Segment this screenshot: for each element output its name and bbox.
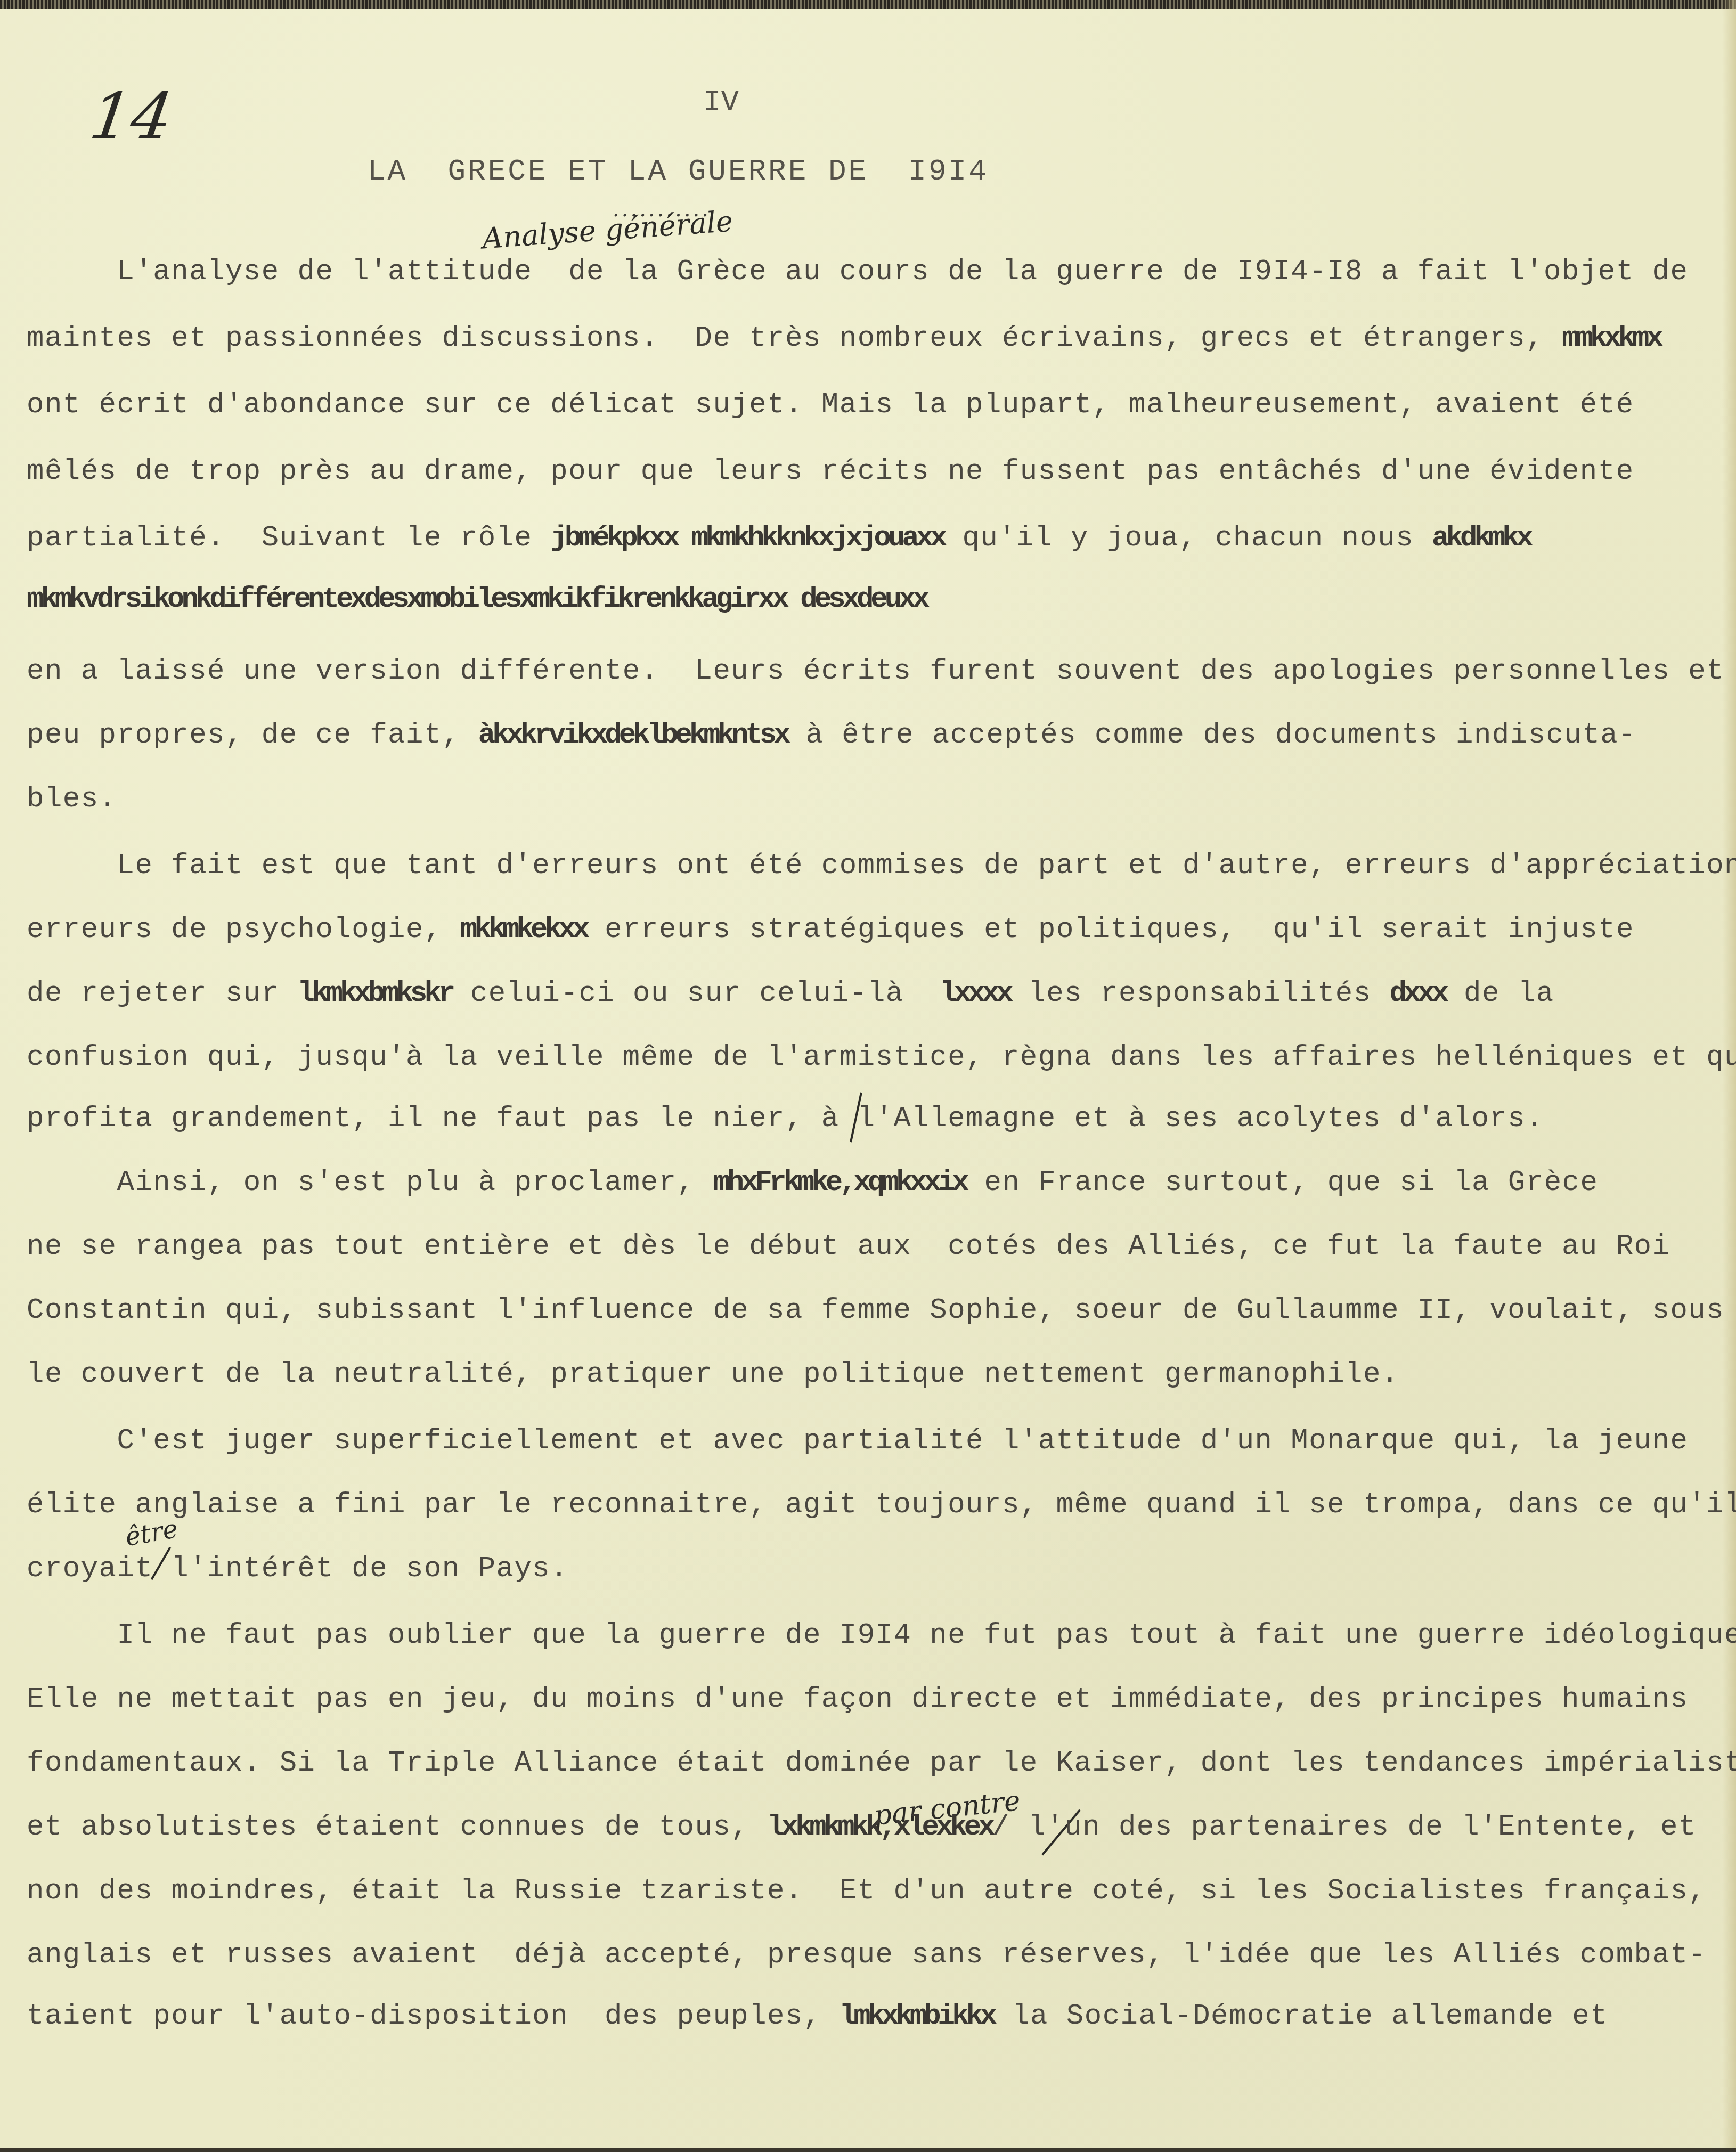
text-line: L'analyse de l'attitude de la Grèce au c… <box>27 256 1688 288</box>
text-line: anglais et russes avaient déjà accepté, … <box>27 1939 1706 1971</box>
text-line: erreurs de psychologie, mkkmkekxx erreur… <box>27 914 1634 946</box>
typed-text: profita grandement, il ne faut pas le ni… <box>27 1103 1544 1135</box>
chapter-heading: LA GRECE ET LA GUERRE DE I9I4 <box>368 154 989 189</box>
typed-text: Il ne faut pas oublier que la guerre de … <box>27 1619 1736 1652</box>
text-line: peu propres, de ce fait, àkxkrvikxdeklbe… <box>27 719 1636 752</box>
text-line: de rejeter sur lkmkxbmkskr celui-ci ou s… <box>27 977 1554 1010</box>
struck-out-text: dxxx <box>1390 977 1446 1010</box>
struck-out-text: lmkxkmbikkx <box>840 2000 994 2033</box>
typed-text: Elle ne mettait pas en jeu, du moins d'u… <box>27 1683 1688 1716</box>
typed-text: le couvert de la neutralité, pratiquer u… <box>27 1358 1399 1391</box>
text-line: Ainsi, on s'est plu à proclamer, mhxFrkm… <box>27 1167 1598 1199</box>
text-line: élite anglaise a fini par le reconnaitre… <box>27 1489 1736 1521</box>
text-line: Constantin qui, subissant l'influence de… <box>27 1294 1724 1327</box>
struck-out-text: mmkxkmx <box>1562 322 1660 355</box>
text-line: mkmkvdrsikonkdifférentexdesxmobilesxmkik… <box>27 583 927 616</box>
typed-text: bles. <box>27 783 117 816</box>
typed-text: L'analyse de l'attitude de la Grèce au c… <box>27 256 1688 288</box>
text-line: croyait l'intérêt de son Pays. <box>27 1553 568 1585</box>
scan-bottom-edge <box>0 2148 1736 2152</box>
handwritten-annotation-analyse-generale: Analyse générale <box>481 205 733 256</box>
typed-text: Ainsi, on s'est plu à proclamer, <box>27 1167 713 1199</box>
typed-text: mêlés de trop près au drame, pour que le… <box>27 455 1634 488</box>
text-line: taient pour l'auto-disposition des peupl… <box>27 2000 1608 2033</box>
struck-out-text: mkmkvdrsikonkdifférentexdesxmobilesxmkik… <box>27 583 927 616</box>
typed-text: en France surtout, que si la Grèce <box>966 1167 1599 1199</box>
typed-text: de rejeter sur <box>27 977 298 1010</box>
typed-text: qu'il y joua, chacun nous <box>944 522 1432 555</box>
typed-text: peu propres, de ce fait, <box>27 719 478 752</box>
typed-text: fondamentaux. Si la Triple Alliance étai… <box>27 1747 1736 1780</box>
typed-text: partialité. Suivant le rôle <box>27 522 550 555</box>
typed-text: confusion qui, jusqu'à la veille même de… <box>27 1041 1736 1074</box>
typed-text: Constantin qui, subissant l'influence de… <box>27 1294 1724 1327</box>
typed-text: maintes et passionnées discussions. De t… <box>27 322 1562 355</box>
text-line: non des moindres, était la Russie tzaris… <box>27 1875 1706 1908</box>
struck-out-text: lkmkxbmkskr <box>298 977 452 1010</box>
typed-text: / l'un des partenaires de l'Entente, et <box>992 1811 1697 1844</box>
chapter-number: IV <box>703 85 739 119</box>
text-line: partialité. Suivant le rôle jbmékpkxx mk… <box>27 522 1530 555</box>
text-line: ne se rangea pas tout entière et dès le … <box>27 1230 1670 1263</box>
text-line: ont écrit d'abondance sur ce délicat suj… <box>27 389 1634 421</box>
typed-text: erreurs stratégiques et politiques, qu'i… <box>586 914 1634 946</box>
struck-out-text: àkxkrvikxdeklbekmkntsx <box>478 719 788 752</box>
typed-text: de la <box>1446 977 1554 1010</box>
typed-text: croyait l'intérêt de son Pays. <box>27 1553 568 1585</box>
typed-text: ne se rangea pas tout entière et dès le … <box>27 1230 1670 1263</box>
typed-text: les responsabilités <box>1010 977 1390 1010</box>
handwritten-page-number: 14 <box>85 80 177 154</box>
struck-out-text: jbmékpkxx mkmkhkknkxjxjouaxx <box>550 522 944 555</box>
typed-text: non des moindres, était la Russie tzaris… <box>27 1875 1706 1908</box>
text-line: Le fait est que tant d'erreurs ont été c… <box>27 850 1736 882</box>
text-line: et absolutistes étaient connues de tous,… <box>27 1811 1697 1844</box>
text-line: en a laissé une version différente. Leur… <box>27 655 1724 688</box>
struck-out-text: lxxxx <box>940 977 1010 1010</box>
text-line: maintes et passionnées discussions. De t… <box>27 322 1660 355</box>
typed-text: à être acceptés comme des documents indi… <box>788 719 1637 752</box>
text-line: confusion qui, jusqu'à la veille même de… <box>27 1041 1736 1074</box>
text-line: Elle ne mettait pas en jeu, du moins d'u… <box>27 1683 1688 1716</box>
typed-text: C'est juger superficiellement et avec pa… <box>27 1425 1688 1457</box>
typed-text: et absolutistes étaient connues de tous, <box>27 1811 767 1844</box>
struck-out-text: mkkmkekxx <box>460 914 587 946</box>
typed-text: Le fait est que tant d'erreurs ont été c… <box>27 850 1736 882</box>
scan-top-edge <box>0 0 1736 9</box>
typed-text: anglais et russes avaient déjà accepté, … <box>27 1939 1706 1971</box>
typed-text: en a laissé une version différente. Leur… <box>27 655 1724 688</box>
typed-text: élite anglaise a fini par le reconnaitre… <box>27 1489 1736 1521</box>
text-line: Il ne faut pas oublier que la guerre de … <box>27 1619 1736 1652</box>
document-page: 14 IV LA GRECE ET LA GUERRE DE I9I4 ....… <box>0 0 1736 2152</box>
struck-out-text: akdkmkx <box>1432 522 1530 555</box>
struck-out-text: mhxFrkmke,xqmkxxix <box>713 1167 966 1199</box>
typed-text: taient pour l'auto-disposition des peupl… <box>27 2000 840 2033</box>
text-line: mêlés de trop près au drame, pour que le… <box>27 455 1634 488</box>
typed-text: ont écrit d'abondance sur ce délicat suj… <box>27 389 1634 421</box>
typed-text: celui-ci ou sur celui-là <box>452 977 940 1010</box>
struck-out-text: lxkmkmkk,xlexkex <box>767 1811 992 1844</box>
text-line: bles. <box>27 783 117 816</box>
text-line: fondamentaux. Si la Triple Alliance étai… <box>27 1747 1736 1780</box>
text-line: profita grandement, il ne faut pas le ni… <box>27 1103 1544 1135</box>
typed-text: la Social-Démocratie allemande et <box>994 2000 1608 2033</box>
text-line: le couvert de la neutralité, pratiquer u… <box>27 1358 1399 1391</box>
scan-right-edge <box>1722 0 1736 2152</box>
text-line: C'est juger superficiellement et avec pa… <box>27 1425 1688 1457</box>
typed-text: erreurs de psychologie, <box>27 914 460 946</box>
